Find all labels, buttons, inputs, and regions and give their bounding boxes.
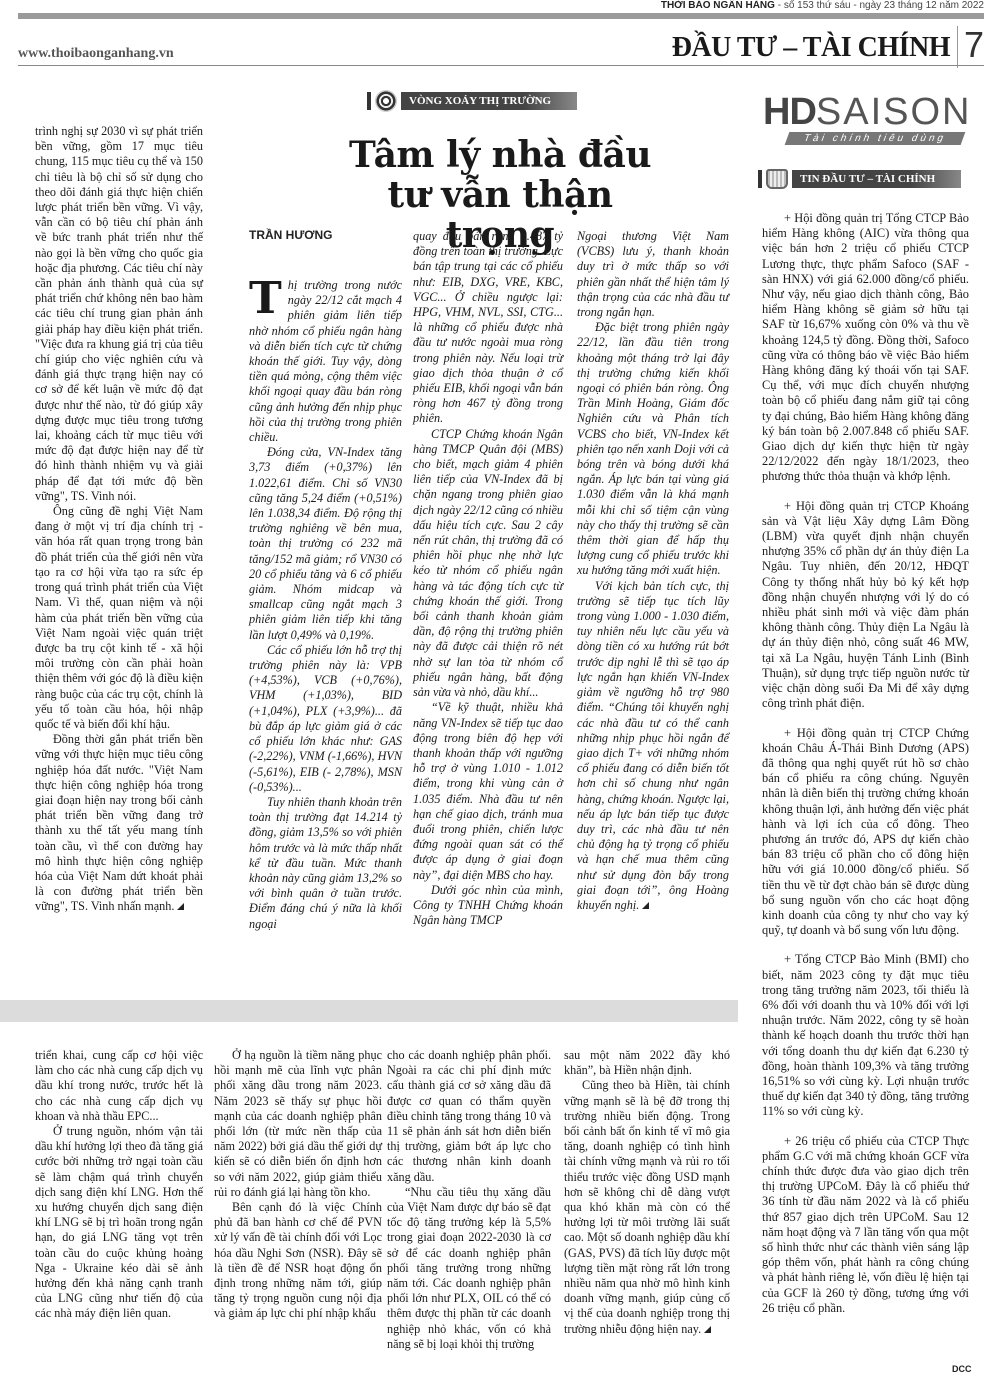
masthead-issue-line: THỜI BÁO NGÂN HÀNG - số 153 thứ sáu - ng… — [661, 0, 984, 11]
paragraph: CTCP Chứng khoán Ngân hàng TMCP Quân đội… — [413, 427, 563, 701]
masthead-bar — [18, 13, 984, 19]
paragraph: Tuy nhiên thanh khoản trên toàn thị trườ… — [249, 795, 402, 932]
spiral-icon — [375, 90, 397, 112]
separator-band — [0, 1000, 738, 1022]
page-divider — [957, 26, 958, 68]
page-number: 7 — [964, 24, 984, 66]
feature-column-2: quay đầu bán ròng 2.487 tỷ đồng trên toà… — [413, 229, 563, 928]
news-item: + 26 triệu cổ phiếu của CTCP Thực phẩm G… — [762, 1134, 969, 1316]
article-byline: TRẦN HƯƠNG — [249, 228, 333, 242]
paragraph: quay đầu bán ròng 2.487 tỷ đồng trên toà… — [413, 229, 563, 427]
feature-rubric: VÒNG XOÁY THỊ TRƯỜNG — [367, 90, 577, 112]
left-column-article: trình nghị sự 2030 vì sự phát triển bền … — [35, 124, 203, 915]
paragraph: “Nhu cầu tiêu thụ xăng dầu của Việt Nam … — [387, 1185, 551, 1352]
hd-saison-logo: HDSAISON Tài chính tiêu dùng — [763, 94, 963, 145]
bottom-column-4: sau một năm 2022 đầy khó khăn”, bà Hiền … — [564, 1048, 730, 1337]
end-mark-icon — [642, 902, 649, 909]
section-title: ĐẦU TƯ – TÀI CHÍNH — [672, 32, 950, 64]
paragraph: trình nghị sự 2030 vì sự phát triển bền … — [35, 124, 203, 504]
paragraph: sau một năm 2022 đầy khó khăn”, bà Hiền … — [564, 1048, 730, 1078]
header-rule — [18, 65, 984, 66]
paragraph: Với kịch bản tích cực, thị trường sẽ tiế… — [577, 579, 729, 913]
issue-info: - số 153 thứ sáu - ngày 23 tháng 12 năm … — [775, 0, 984, 11]
logo-brand: HDSAISON — [763, 94, 963, 130]
rubric-label: VÒNG XOÁY THỊ TRƯỜNG — [401, 92, 577, 110]
end-mark-icon — [704, 1326, 711, 1333]
feature-column-3: Ngoại thương Việt Nam (VCBS) lưu ý, than… — [577, 229, 729, 913]
paragraph: Đặc biệt trong phiên ngày 22/12, lần đầu… — [577, 320, 729, 578]
basket-icon — [766, 169, 788, 189]
feature-column-1: Thị trường trong nước ngày 22/12 cắt mạc… — [249, 278, 402, 932]
logo-tagline: Tài chính tiêu dùng — [785, 132, 966, 145]
bottom-column-3: cho các doanh nghiệp phân phối. Ngoài ra… — [387, 1048, 551, 1352]
website-url: www.thoibaonganhang.vn — [18, 46, 174, 62]
paragraph: Ông cũng đề nghị Việt Nam đang ở một vị … — [35, 504, 203, 732]
paragraph: Dưới góc nhìn của mình, Công ty TNHH Chứ… — [413, 883, 563, 929]
news-item: + Hội đồng quản trị CTCP Chứng khoán Châ… — [762, 726, 969, 939]
news-item: + Hội đồng quản trị Tổng CTCP Bảo hiểm H… — [762, 211, 969, 485]
sidebar-news: + Hội đồng quản trị Tổng CTCP Bảo hiểm H… — [762, 211, 969, 1330]
rubric-bar — [758, 170, 762, 188]
sidebar-rubric: TIN ĐẦU TƯ – TÀI CHÍNH — [758, 168, 961, 190]
rubric-bar — [367, 92, 371, 110]
paragraph: Ngoại thương Việt Nam (VCBS) lưu ý, than… — [577, 229, 729, 320]
bottom-column-1: triển khai, cung cấp cơ hội việc làm cho… — [35, 1048, 203, 1322]
paragraph: triển khai, cung cấp cơ hội việc làm cho… — [35, 1048, 203, 1124]
paragraph: Các cổ phiếu lớn hỗ trợ thị trường phiên… — [249, 643, 402, 795]
paragraph: Bên cạnh đó là việc Chính phủ đã ban hàn… — [214, 1200, 382, 1322]
end-mark-icon — [177, 903, 184, 910]
paragraph: cho các doanh nghiệp phân phối. Ngoài ra… — [387, 1048, 551, 1185]
news-item: + Hội đồng quản trị CTCP Khoáng sản và V… — [762, 499, 969, 712]
paragraph: Ở hạ nguồn là tiềm năng phục hồi mạnh mẽ… — [214, 1048, 382, 1200]
paragraph: Đồng thời gắn phát triển bền vững với th… — [35, 732, 203, 914]
paragraph: Ở trung nguồn, nhóm vận tải dầu khí hưởn… — [35, 1124, 203, 1322]
news-item: + Tổng CTCP Bảo Minh (BMI) cho biết, năm… — [762, 952, 969, 1119]
rubric-label: TIN ĐẦU TƯ – TÀI CHÍNH — [792, 170, 961, 188]
bottom-column-2: Ở hạ nguồn là tiềm năng phục hồi mạnh mẽ… — [214, 1048, 382, 1322]
publication-name: THỜI BÁO NGÂN HÀNG — [661, 0, 775, 11]
drop-cap: T — [249, 280, 282, 318]
paragraph: “Về kỹ thuật, nhiều khả năng VN-Index sẽ… — [413, 700, 563, 882]
sidebar-signature: DCC — [952, 1364, 972, 1374]
paragraph: Đóng cửa, VN-Index tăng 3,73 điểm (+0,37… — [249, 445, 402, 643]
paragraph: Cũng theo bà Hiền, tài chính vững mạnh s… — [564, 1078, 730, 1336]
lead-paragraph: Thị trường trong nước ngày 22/12 cắt mạc… — [249, 278, 402, 445]
